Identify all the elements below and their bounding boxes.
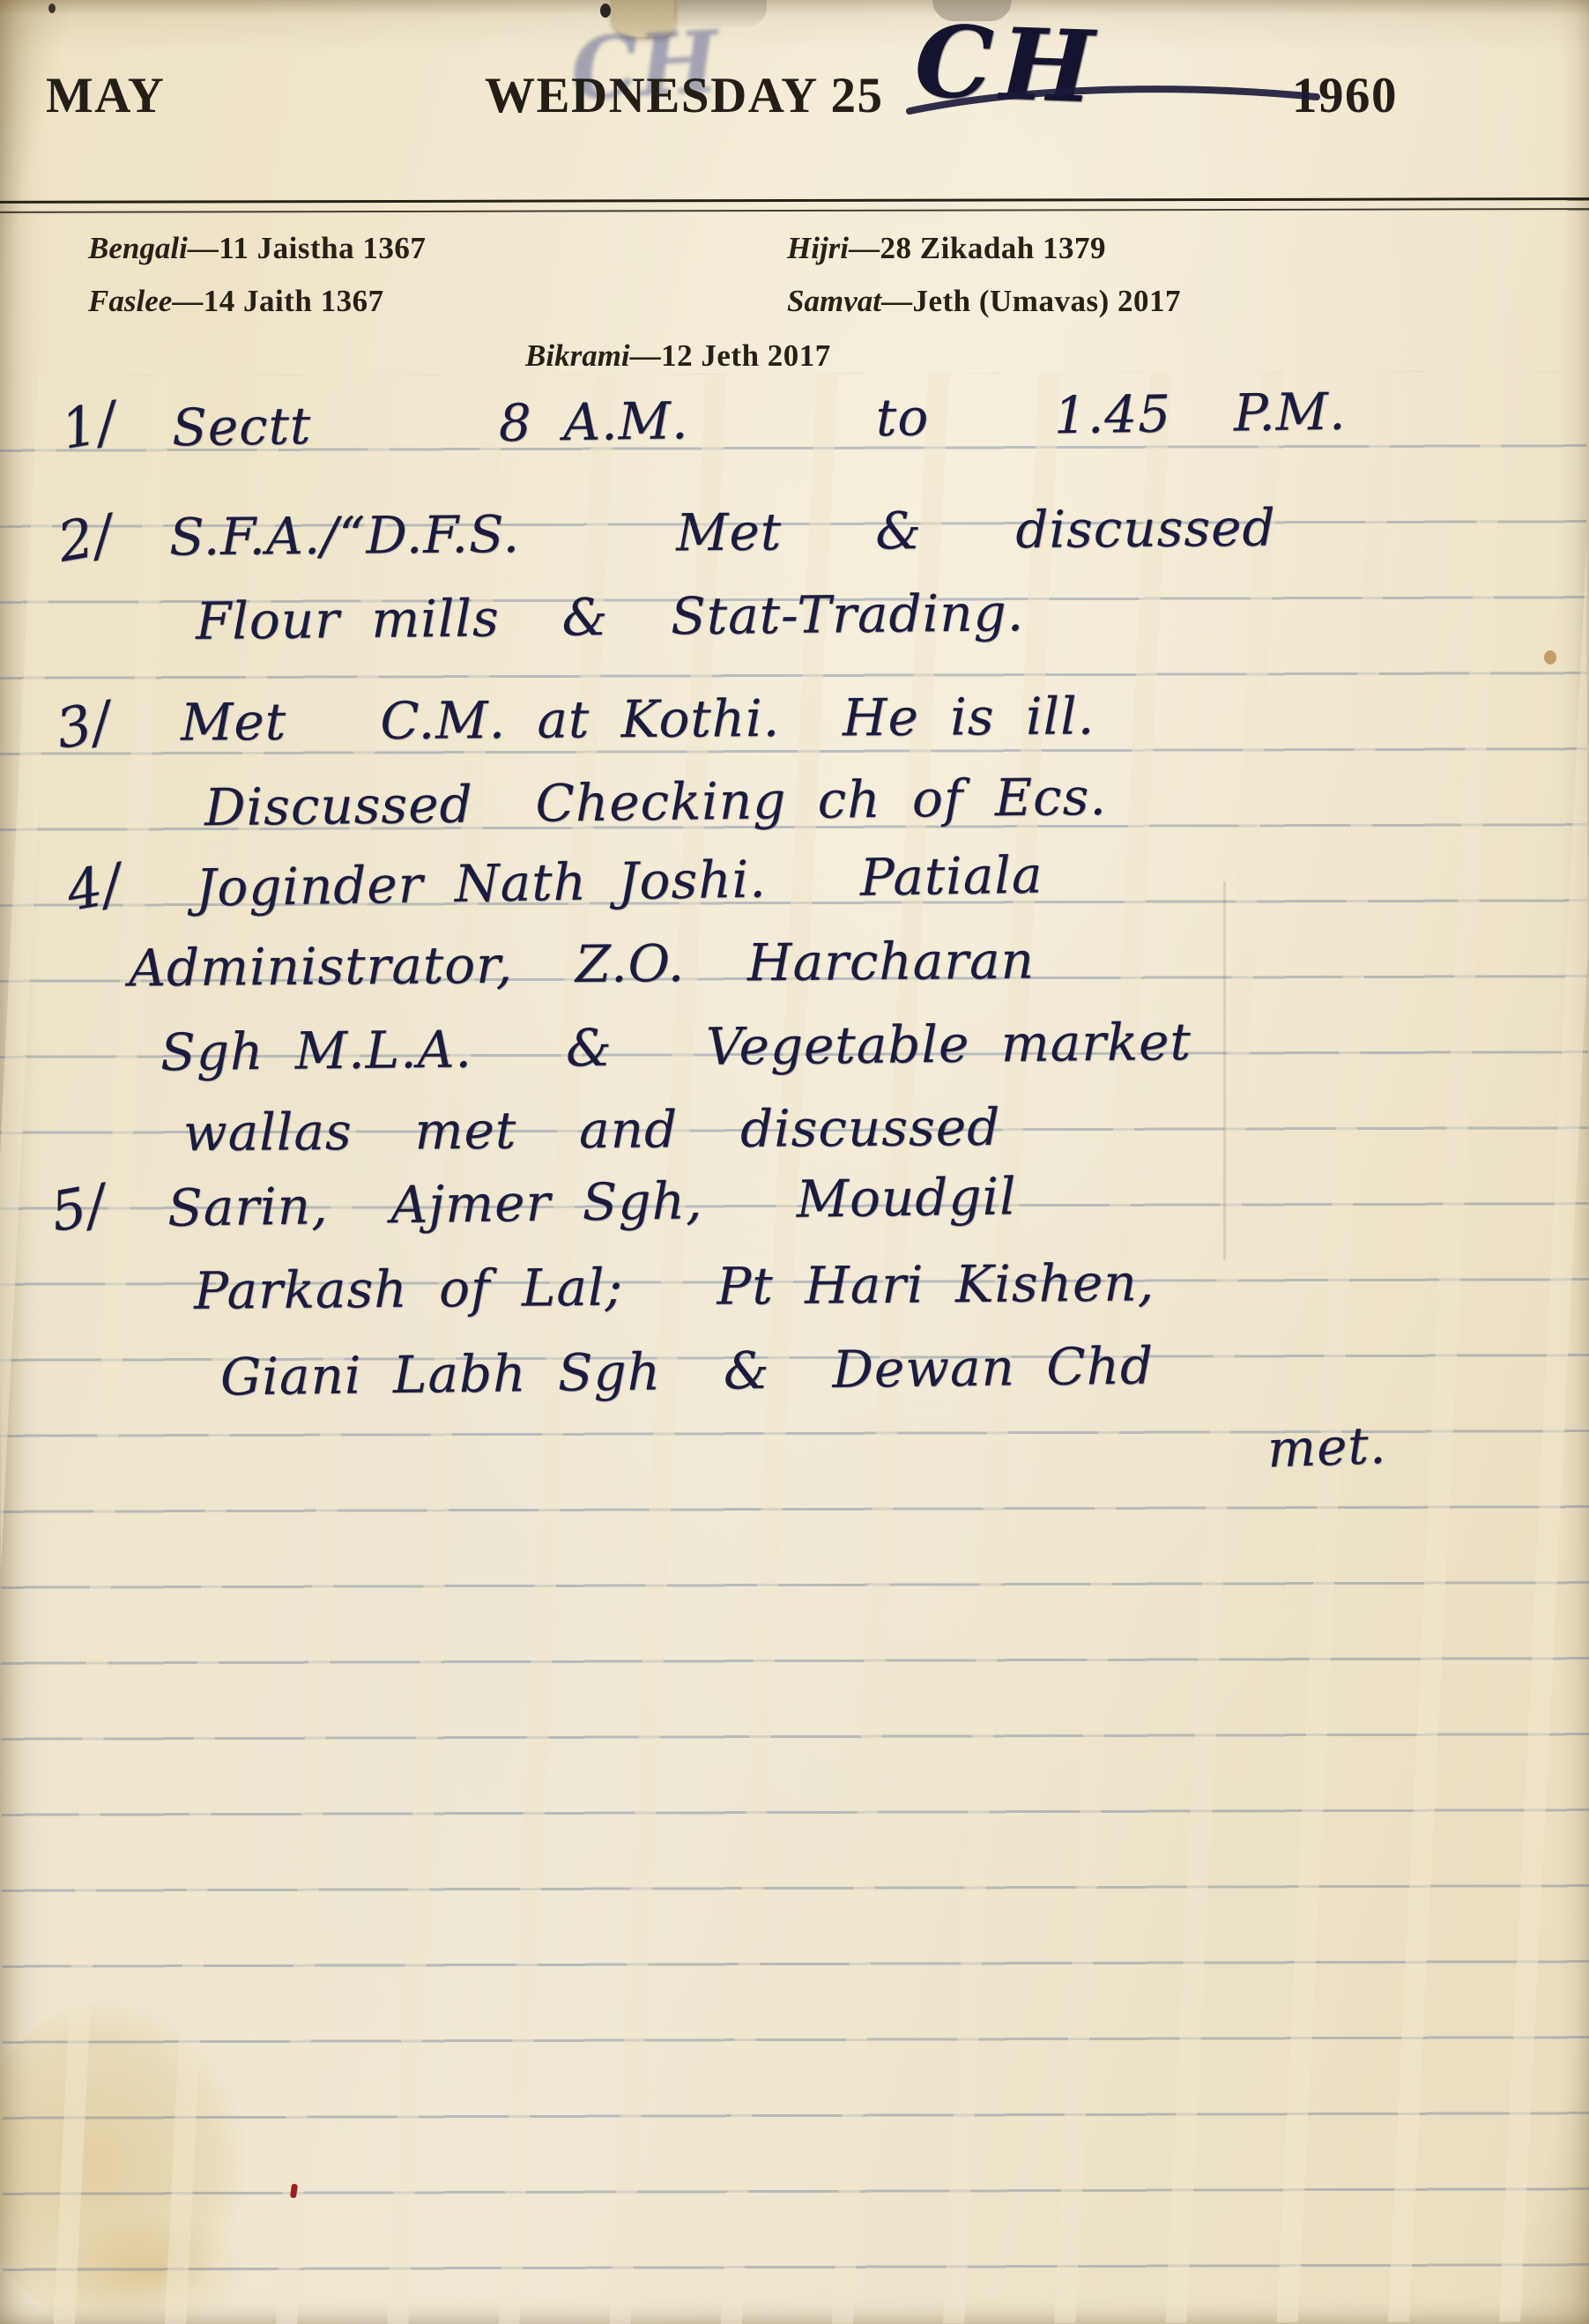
calendar-bengali: Bengali—11 Jaistha 1367 — [88, 231, 426, 266]
calendar-bikrami-label: Bikrami — [525, 338, 630, 373]
calendar-samvat-label: Samvat — [787, 284, 881, 318]
header-weekday-date: WEDNESDAY 25 — [485, 67, 883, 124]
entry-4-line-3: Sgh M.L.A. & Vegetable market — [160, 1012, 1192, 1082]
entry-1-number: 1/ — [56, 389, 122, 462]
paper-crease — [1223, 881, 1226, 1260]
entry-2-line-2: Flour mills & Stat-Trading. — [196, 583, 1025, 651]
brown-speck — [1544, 650, 1556, 665]
entry-3-number: 3/ — [51, 688, 116, 761]
calendar-faslee-label: Faslee — [88, 284, 172, 318]
entry-5-number: 5/ — [46, 1171, 111, 1244]
ink-speck — [600, 4, 611, 18]
entry-5-line-3: Giani Labh Sgh & Dewan Chd — [220, 1336, 1155, 1407]
entry-2-number: 2/ — [53, 501, 118, 575]
calendar-bengali-label: Bengali — [88, 231, 188, 265]
entry-4-line-2: Administrator, Z.O. Harcharan — [129, 931, 1035, 999]
calendar-hijri-value: —28 Zikadah 1379 — [849, 231, 1106, 265]
header-divider-top — [0, 197, 1589, 204]
entry-4-line-4: wallas met and discussed — [183, 1097, 1001, 1162]
calendar-hijri-label: Hijri — [787, 231, 849, 265]
entry-5-line-1: Sarin, Ajmer Sgh, Moudgil — [167, 1166, 1017, 1237]
pen-strike-line — [904, 76, 1327, 129]
entry-3-line-2: Discussed Checking ch of Ecs. — [204, 767, 1108, 838]
entry-3-line-1: Met C.M. at Kothi. He is ill. — [181, 686, 1095, 752]
entry-2-line-1: S.F.A./“D.F.S. Met & discussed — [169, 498, 1276, 568]
calendar-samvat: Samvat—Jeth (Umavas) 2017 — [787, 284, 1181, 319]
calendar-faslee-value: —14 Jaith 1367 — [172, 284, 383, 318]
entry-4-number: 4/ — [62, 850, 127, 924]
calendar-bengali-value: —11 Jaistha 1367 — [188, 231, 427, 265]
entry-5-line-2: Parkash of Lal; Pt Hari Kishen, — [194, 1252, 1155, 1321]
header-divider-bottom — [0, 208, 1589, 213]
entry-5-line-4: met. — [1266, 1415, 1387, 1480]
header-month: MAY — [46, 67, 165, 124]
calendar-samvat-value: —Jeth (Umavas) 2017 — [881, 284, 1181, 318]
calendar-faslee: Faslee—14 Jaith 1367 — [88, 284, 384, 319]
calendar-bikrami-value: —12 Jeth 2017 — [630, 338, 831, 373]
calendar-bikrami: Bikrami—12 Jeth 2017 — [525, 338, 831, 374]
ink-speck — [48, 4, 56, 13]
calendar-hijri: Hijri—28 Zikadah 1379 — [787, 231, 1106, 266]
diary-page: MAY WEDNESDAY 25 1960 CH CH Bengali—11 J… — [0, 0, 1589, 2324]
